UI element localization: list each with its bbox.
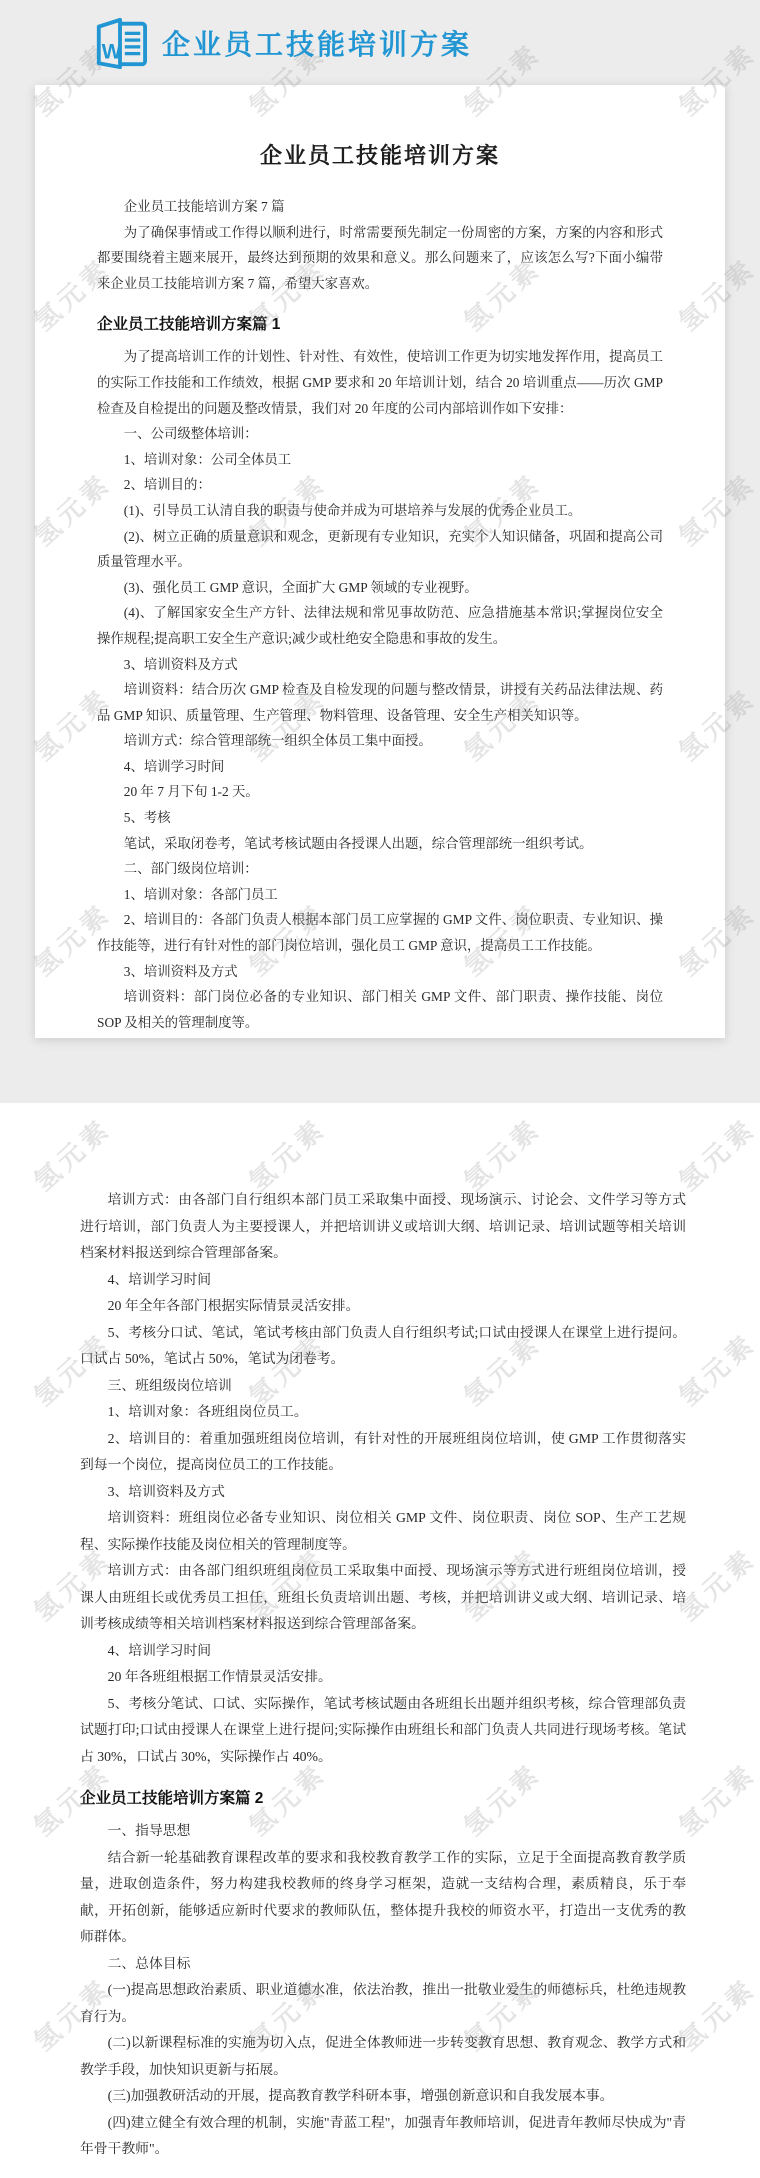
document-page-1[interactable]: 企业员工技能培训方案 企业员工技能培训方案 7 篇为了确保事情或工作得以顺利进行… bbox=[35, 85, 725, 1038]
paragraph: 培训资料：结合历次 GMP 检查及自检发现的问题与整改情景，讲授有关药品法律法规… bbox=[97, 677, 663, 728]
paragraph: 1、培训对象：各部门员工 bbox=[97, 882, 663, 908]
paragraph: 2、培训目的：各部门负责人根据本部门员工应掌握的 GMP 文件、岗位职责、专业知… bbox=[97, 907, 663, 958]
paragraph: 4、培训学习时间 bbox=[80, 1638, 686, 1665]
paragraph: 培训方式：综合管理部统一组织全体员工集中面授。 bbox=[97, 728, 663, 754]
page1-content: 企业员工技能培训方案 7 篇为了确保事情或工作得以顺利进行，时常需要预先制定一份… bbox=[97, 194, 663, 1035]
paragraph: 笔试，采取闭卷考，笔试考核试题由各授课人出题，综合管理部统一组织考试。 bbox=[97, 831, 663, 857]
paragraph: 4、培训学习时间 bbox=[97, 754, 663, 780]
paragraph: 5、考核 bbox=[97, 805, 663, 831]
paragraph: 二、部门级岗位培训： bbox=[97, 856, 663, 882]
paragraph: (二)以新课程标准的实施为切入点，促进全体教师进一步转变教育思想、教育观念、教学… bbox=[80, 2030, 686, 2083]
paragraph: 20 年 7 月下旬 1-2 天。 bbox=[97, 779, 663, 805]
section-heading: 企业员工技能培训方案篇 1 bbox=[97, 312, 663, 334]
paragraph: 20 年各班组根据工作情景灵活安排。 bbox=[80, 1664, 686, 1691]
paragraph: 培训资料：部门岗位必备的专业知识、部门相关 GMP 文件、部门职责、操作技能、岗… bbox=[97, 984, 663, 1035]
paragraph: 2、培训目的：着重加强班组岗位培训，有针对性的开展班组岗位培训，使 GMP 工作… bbox=[80, 1426, 686, 1479]
paragraph: 为了提高培训工作的计划性、针对性、有效性，使培训工作更为切实地发挥作用，提高员工… bbox=[97, 344, 663, 421]
paragraph: 结合新一轮基础教育课程改革的要求和我校教育教学工作的实际，立足于全面提高教育教学… bbox=[80, 1845, 686, 1951]
paragraph: 1、培训对象：公司全体员工 bbox=[97, 447, 663, 473]
paragraph: 企业员工技能培训方案 7 篇 bbox=[97, 194, 663, 220]
page2-content: 培训方式：由各部门自行组织本部门员工采取集中面授、现场演示、讨论会、文件学习等方… bbox=[80, 1187, 686, 2163]
page-title: 企业员工技能培训方案 bbox=[162, 23, 472, 63]
paragraph: 培训方式：由各部门组织班组岗位员工采取集中面授、现场演示等方式进行班组岗位培训，… bbox=[80, 1558, 686, 1638]
paragraph: 2、培训目的： bbox=[97, 472, 663, 498]
paragraph: (2)、树立正确的质量意识和观念，更新现有专业知识，充实个人知识储备，巩固和提高… bbox=[97, 524, 663, 575]
paragraph: 3、培训资料及方式 bbox=[80, 1479, 686, 1506]
svg-text:W: W bbox=[102, 40, 122, 63]
paragraph: (4)、了解国家安全生产方针、法律法规和常见事故防范、应急措施基本常识;掌握岗位… bbox=[97, 600, 663, 651]
paragraph: 二、总体目标 bbox=[80, 1951, 686, 1978]
paragraph: 20 年全年各部门根据实际情景灵活安排。 bbox=[80, 1293, 686, 1320]
paragraph: 4、培训学习时间 bbox=[80, 1267, 686, 1294]
document-page-2[interactable]: 培训方式：由各部门自行组织本部门员工采取集中面授、现场演示、讨论会、文件学习等方… bbox=[0, 1103, 760, 2178]
paragraph: 为了确保事情或工作得以顺利进行，时常需要预先制定一份周密的方案，方案的内容和形式… bbox=[97, 220, 663, 297]
paragraph: 一、指导思想 bbox=[80, 1818, 686, 1845]
document-title: 企业员工技能培训方案 bbox=[97, 139, 663, 170]
paragraph: (1)、引导员工认清自我的职责与使命并成为可堪培养与发展的优秀企业员工。 bbox=[97, 498, 663, 524]
word-document-icon: W bbox=[90, 16, 150, 70]
paragraph: 3、培训资料及方式 bbox=[97, 959, 663, 985]
section-heading: 企业员工技能培训方案篇 2 bbox=[80, 1786, 686, 1808]
paragraph: (三)加强教研活动的开展，提高教育教学科研本事，增强创新意识和自我发展本事。 bbox=[80, 2083, 686, 2110]
paragraph: (3)、强化员工 GMP 意识，全面扩大 GMP 领域的专业视野。 bbox=[97, 575, 663, 601]
paragraph: 培训资料：班组岗位必备专业知识、岗位相关 GMP 文件、岗位职责、岗位 SOP、… bbox=[80, 1505, 686, 1558]
site-header: W 企业员工技能培训方案 bbox=[0, 0, 760, 85]
paragraph: 5、考核分口试、笔试，笔试考核由部门负责人自行组织考试;口试由授课人在课堂上进行… bbox=[80, 1320, 686, 1373]
paragraph: (一)提高思想政治素质、职业道德水准，依法治教，推出一批敬业爱生的师德标兵，杜绝… bbox=[80, 1977, 686, 2030]
paragraph: 1、培训对象：各班组岗位员工。 bbox=[80, 1399, 686, 1426]
paragraph: 5、考核分笔试、口试、实际操作，笔试考核试题由各班组长出题并组织考核，综合管理部… bbox=[80, 1691, 686, 1771]
paragraph: 3、培训资料及方式 bbox=[97, 652, 663, 678]
paragraph: 三、班组级岗位培训 bbox=[80, 1373, 686, 1400]
paragraph: 培训方式：由各部门自行组织本部门员工采取集中面授、现场演示、讨论会、文件学习等方… bbox=[80, 1187, 686, 1267]
paragraph: (四)建立健全有效合理的机制，实施"青蓝工程"，加强青年教师培训，促进青年教师尽… bbox=[80, 2110, 686, 2163]
paragraph: 一、公司级整体培训： bbox=[97, 421, 663, 447]
